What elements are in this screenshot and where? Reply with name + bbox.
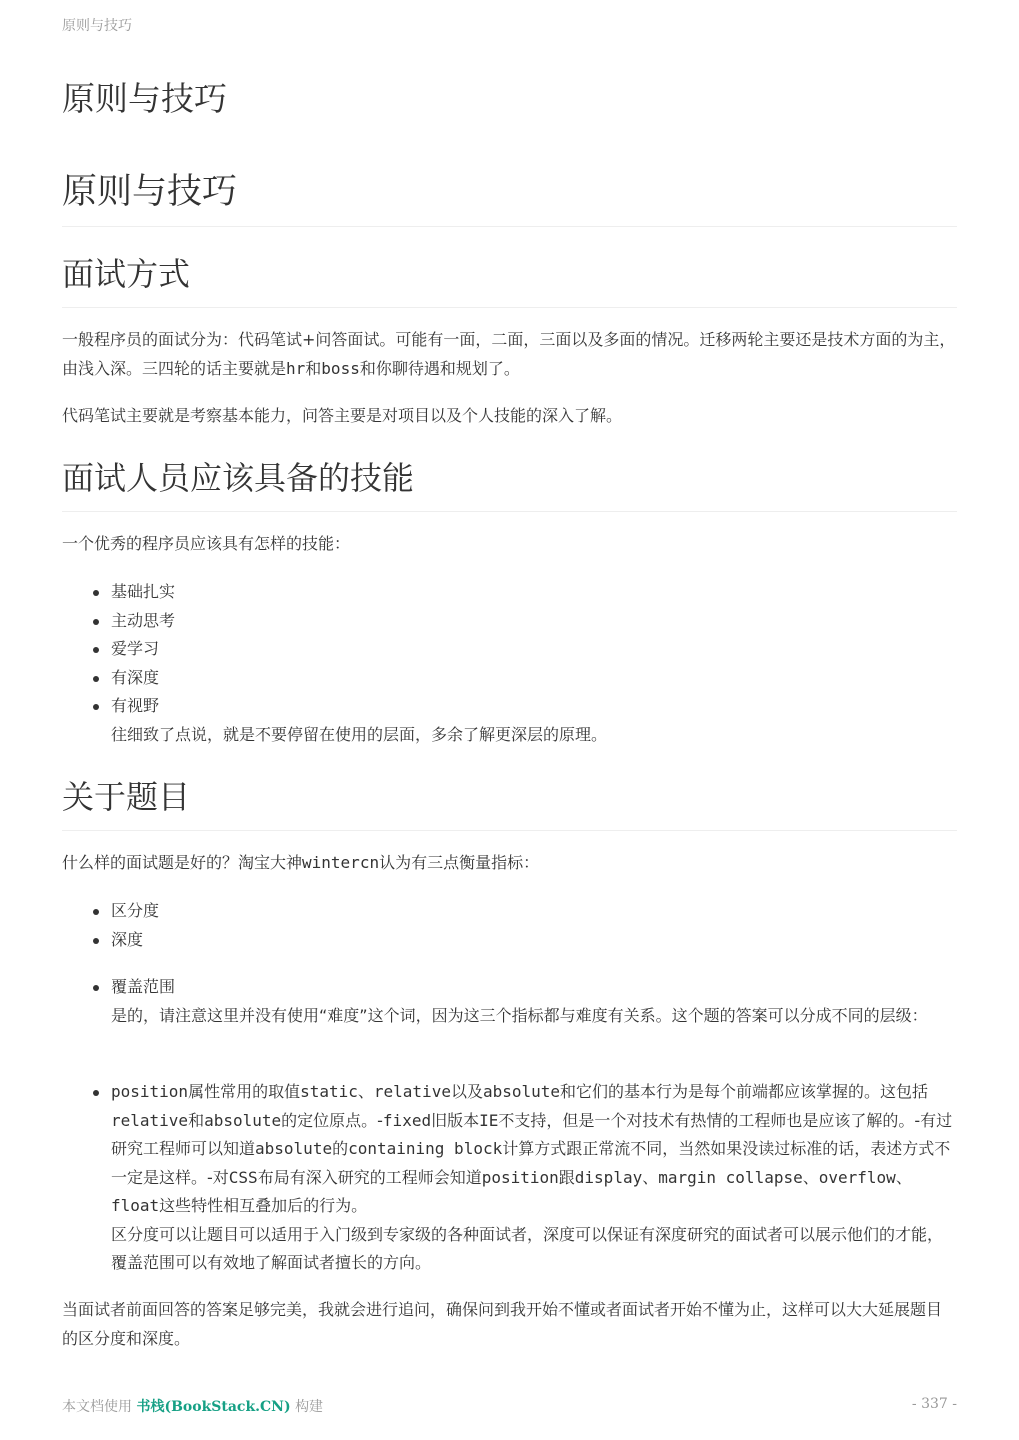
list-item-label: 覆盖范围 bbox=[111, 977, 175, 996]
paragraph-written-test: 代码笔试主要就是考察基本能力，问答主要是对项目以及个人技能的深入了解。 bbox=[62, 402, 957, 431]
section-heading-interview-format: 面试方式 bbox=[62, 253, 957, 308]
list-item: 爱学习 bbox=[111, 635, 957, 664]
list-item-note: 是的，请注意这里并没有使用“难度”这个词，因为这三个指标都与难度有关系。这个题的… bbox=[111, 1006, 928, 1025]
document-title: 原则与技巧 bbox=[62, 78, 227, 120]
section-heading-questions: 关于题目 bbox=[62, 776, 957, 831]
criteria-list: 区分度 深度 bbox=[62, 897, 957, 954]
section-heading-skills: 面试人员应该具备的技能 bbox=[62, 457, 957, 512]
paragraph-interview-format: 一般程序员的面试分为：代码笔试+问答面试。可能有一面，二面，三面以及多面的情况。… bbox=[62, 326, 957, 383]
list-item: position属性常用的取值static、relative以及absolute… bbox=[111, 1078, 957, 1278]
list-item: 有深度 bbox=[111, 664, 957, 693]
list-item-note: 往细致了点说，就是不要停留在使用的层面，多余了解更深层的原理。 bbox=[111, 725, 607, 744]
running-header: 原则与技巧 bbox=[62, 15, 132, 35]
skills-list: 基础扎实 主动思考 爱学习 有深度 有视野 往细致了点说，就是不要停留在使用的层… bbox=[62, 578, 957, 749]
list-item-label: 有视野 bbox=[111, 696, 159, 715]
footer-credit: 本文档使用 书栈(BookStack.CN) 构建 bbox=[62, 1396, 323, 1416]
position-example-list: position属性常用的取值static、relative以及absolute… bbox=[62, 1078, 957, 1278]
list-item: 主动思考 bbox=[111, 607, 957, 636]
page-number: - 337 - bbox=[912, 1396, 957, 1412]
bookstack-link[interactable]: 书栈(BookStack.CN) bbox=[136, 1399, 290, 1415]
list-item-note: 区分度可以让题目可以适用于入门级到专家级的各种面试者，深度可以保证有深度研究的面… bbox=[111, 1225, 943, 1273]
page-heading: 原则与技巧 bbox=[62, 170, 957, 227]
list-item: 覆盖范围 是的，请注意这里并没有使用“难度”这个词，因为这三个指标都与难度有关系… bbox=[111, 973, 957, 1030]
list-item: 基础扎实 bbox=[111, 578, 957, 607]
footer-prefix: 本文档使用 bbox=[62, 1399, 132, 1415]
criteria-list-coverage: 覆盖范围 是的，请注意这里并没有使用“难度”这个词，因为这三个指标都与难度有关系… bbox=[62, 973, 957, 1030]
paragraph-skills-intro: 一个优秀的程序员应该具有怎样的技能： bbox=[62, 530, 957, 559]
paragraph-questions-intro: 什么样的面试题是好的？淘宝大神wintercn认为有三点衡量指标： bbox=[62, 849, 957, 878]
paragraph-closing: 当面试者前面回答的答案足够完美，我就会进行追问，确保问到我开始不懂或者面试者开始… bbox=[62, 1296, 957, 1353]
list-item: 区分度 bbox=[111, 897, 957, 926]
list-item: 深度 bbox=[111, 926, 957, 955]
footer-suffix: 构建 bbox=[295, 1399, 323, 1415]
list-item: 有视野 往细致了点说，就是不要停留在使用的层面，多余了解更深层的原理。 bbox=[111, 692, 957, 749]
position-example-text: position属性常用的取值static、relative以及absolute… bbox=[111, 1082, 952, 1215]
